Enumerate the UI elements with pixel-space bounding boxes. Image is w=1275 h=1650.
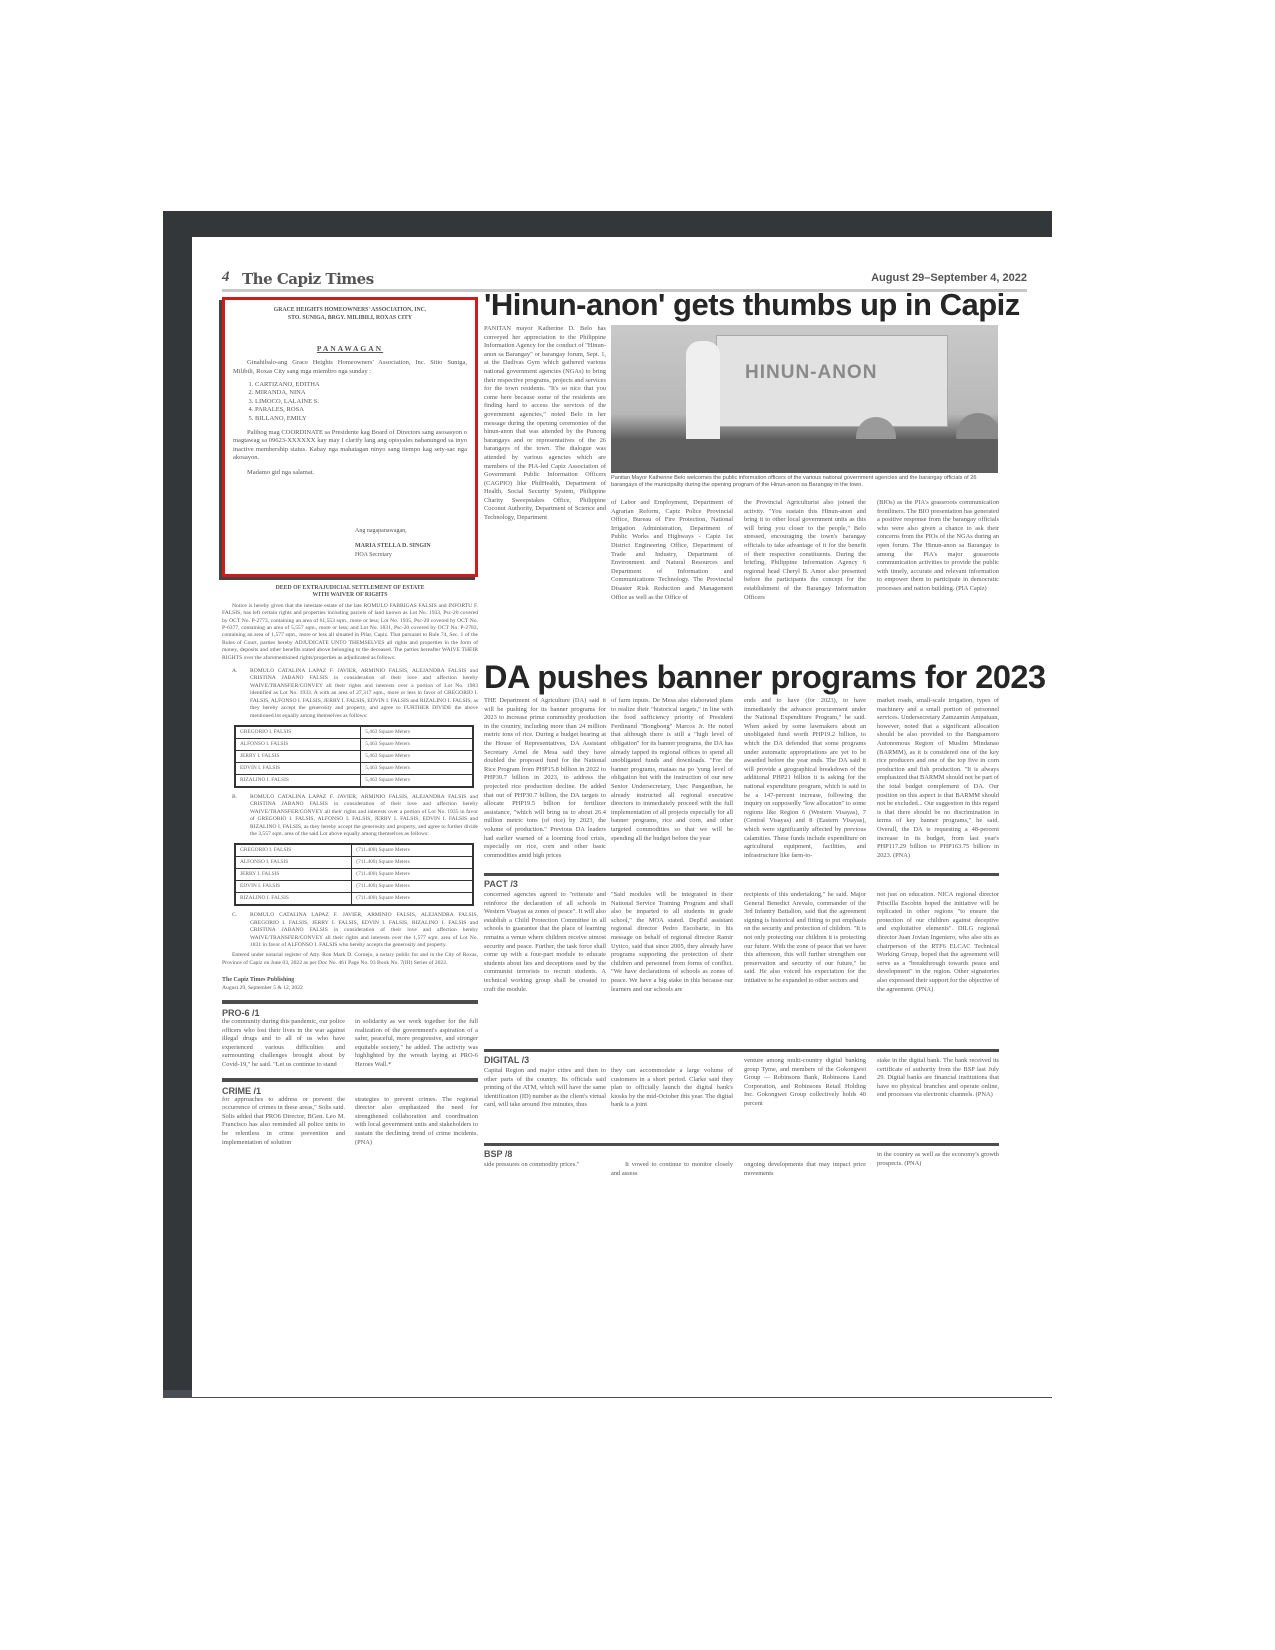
publisher-name: The Capiz Times Publishing: [222, 977, 478, 984]
story-column: ends and to have (for 2023), to have imm…: [744, 697, 866, 867]
story-column: (BIOs) as the PIA's grassroots communica…: [877, 499, 999, 627]
story-column: venture among multi-country digital bank…: [744, 1057, 866, 1139]
heir-name: RIZALINO I. FALSIS: [235, 774, 361, 787]
section-divider: [222, 1078, 478, 1082]
story-column: strategies to prevent crimes. The region…: [355, 1096, 478, 1148]
page-number: 4: [222, 269, 230, 286]
story-column: Capital Region and major cities and then…: [484, 1067, 606, 1139]
banner-text: HINUN-ANON: [745, 362, 877, 384]
story-column: not just on education. NICA regional dir…: [877, 891, 999, 1041]
story-column: the community during this pandemic, our …: [222, 1018, 345, 1070]
story-column: for approaches to address or prevent the…: [222, 1096, 345, 1148]
notice-closing: Madamo gid nga salamat.: [233, 469, 467, 477]
headline-da-banner-programs: DA pushes banner programs for 2023: [484, 659, 1046, 696]
section-divider: [484, 1143, 999, 1146]
publish-dates: August 29, September 5 & 12, 2022: [222, 985, 478, 992]
newspaper-page: 4 The Capiz Times August 29–September 4,…: [192, 237, 1052, 1397]
signatory-role: HOA Secretary: [355, 551, 431, 560]
story-column: the Provincial Agriculturist also joined…: [744, 499, 866, 627]
item-text: ROMULO CATALINA LAPAZ F. JAVIER, ARMINIO…: [250, 912, 478, 948]
story-column: PANITAN mayor Katherine D. Belo has conv…: [484, 325, 606, 575]
table-row: ALFONSO I. FALSIS(711.400) Square Meters: [235, 857, 473, 869]
share-area: (711.400) Square Meters: [352, 857, 473, 869]
heir-name: GREGORIO I. FALSIS: [235, 844, 352, 857]
shares-table-b: GREGORIO I. FALSIS(711.400) Square Meter…: [234, 843, 474, 906]
item-letter: C.: [232, 912, 237, 919]
story-column: they can accommodate a large volume of c…: [611, 1067, 733, 1139]
photo-caption: Panitan Mayor Katherine Belo welcomes th…: [611, 475, 998, 489]
story-column: of Labor and Employment, Department of A…: [611, 499, 733, 627]
table-row: EDVIN I. FALSIS(711.400) Square Meters: [235, 881, 473, 893]
jump-story-pro6: the community during this pandemic, our …: [222, 1018, 478, 1070]
heir-name: GREGORIO I. FALSIS: [235, 726, 361, 739]
jump-label-pro6: PRO-6 /1: [222, 1008, 478, 1018]
item-letter: A.: [232, 668, 237, 675]
legal-item-c: C. ROMULO CATALINA LAPAZ F. JAVIER, ARMI…: [250, 912, 478, 949]
notice-title: PANAWAGAN: [233, 345, 467, 353]
notice-org-line1: GRACE HEIGHTS HOMEOWNERS' ASSOCIATION, I…: [233, 306, 467, 314]
share-area: 5,463 Square Meters: [361, 726, 473, 739]
photo-table: [611, 439, 998, 473]
table-row: GREGORIO I. FALSIS(711.400) Square Meter…: [235, 844, 473, 857]
notice-member-list: CARTIZANO, EDITHA MIRANDA, NINA LIMOCO, …: [247, 381, 467, 423]
table-row: RIZALINO I. FALSIS(711.400) Square Meter…: [235, 893, 473, 906]
item-text: ROMULO CATALINA LAPAZ F. JAVIER, ARMINIO…: [250, 668, 478, 718]
jump-label-crime: CRIME /1: [222, 1086, 478, 1096]
member-item: MIRANDA, NINA: [255, 389, 467, 397]
item-text: ROMULO CATALINA LAPAZ F. JAVIER, ARMINIO…: [250, 794, 478, 837]
table-row: RIZALINO I. FALSIS5,463 Square Meters: [235, 774, 473, 787]
story-column: concerned agencies agreed to "reiterate …: [484, 891, 606, 1041]
member-item: CARTIZANO, EDITHA: [255, 381, 467, 389]
item-letter: B.: [232, 794, 237, 801]
signatory-name: MARIA STELLA D. SINGIN: [355, 542, 431, 551]
jump-label-bsp: BSP /8: [484, 1149, 512, 1159]
notice-org-line2: STO. SUNIGA, BRGY. MILIBILI, ROXAS CITY: [233, 314, 467, 322]
issue-date: August 29–September 4, 2022: [871, 272, 1027, 284]
story-column: "Said modules will be integrated in thei…: [611, 891, 733, 1041]
table-row: ALFONSO I. FALSIS5,463 Square Meters: [235, 738, 473, 750]
masthead-logo: The Capiz Times: [242, 270, 374, 288]
heir-name: EDVIN I. FALSIS: [235, 881, 352, 893]
legal-title-line2: WITH WAIVER OF RIGHTS: [222, 592, 478, 599]
section-divider: [484, 1049, 999, 1052]
heir-name: RIZALINO I. FALSIS: [235, 893, 352, 906]
heir-name: ALFONSO I. FALSIS: [235, 738, 361, 750]
notice-body: Palihog mag COORDINATE sa Presidente kag…: [233, 429, 467, 463]
section-divider: [222, 1000, 478, 1004]
extrajudicial-settlement-notice: DEED OF EXTRAJUDICIAL SETTLEMENT OF ESTA…: [222, 585, 478, 992]
legal-item-a: A. ROMULO CATALINA LAPAZ F. JAVIER, ARMI…: [250, 668, 478, 720]
jump-label-digital: DIGITAL /3: [484, 1055, 529, 1065]
member-item: LIMOCO, LALAINE S.: [255, 398, 467, 406]
share-area: (711.400) Square Meters: [352, 844, 473, 857]
left-column: GRACE HEIGHTS HOMEOWNERS' ASSOCIATION, I…: [222, 297, 478, 1147]
story-column: side pressures on commodity prices.": [484, 1161, 606, 1170]
heir-name: JERRY I. FALSIS: [235, 750, 361, 762]
story-column: in solidarity as we work together for th…: [355, 1018, 478, 1070]
shares-table-a: GREGORIO I. FALSIS5,463 Square Meters AL…: [234, 725, 474, 788]
story-column: It vowed to continue to monitor closely …: [611, 1161, 733, 1178]
share-area: (711.400) Square Meters: [352, 893, 473, 906]
share-area: (711.400) Square Meters: [352, 881, 473, 893]
member-item: BILLANO, EMILY: [255, 415, 467, 423]
share-area: (711.400) Square Meters: [352, 869, 473, 881]
story-column: recipients of this undertaking," he said…: [744, 891, 866, 1041]
story-column: stake in the digital bank. The bank rece…: [877, 1057, 999, 1139]
headline-hinun-anon: 'Hinun-anon' gets thumbs up in Capiz: [484, 287, 1020, 323]
section-divider: [484, 873, 999, 876]
table-row: JERRY I. FALSIS(711.400) Square Meters: [235, 869, 473, 881]
panawagan-notice: GRACE HEIGHTS HOMEOWNERS' ASSOCIATION, I…: [222, 297, 478, 577]
story-column: THE Department of Agriculture (DA) said …: [484, 697, 606, 867]
notice-signature: Ang nagapanawagan, MARIA STELLA D. SINGI…: [355, 527, 431, 560]
photo-speaker: [686, 341, 720, 451]
event-photo: HINUN-ANON: [611, 325, 998, 473]
table-row: EDVIN I. FALSIS5,463 Square Meters: [235, 762, 473, 774]
story-column: market roads, small-scale irrigation, ty…: [877, 697, 999, 867]
jump-story-crime: for approaches to address or prevent the…: [222, 1096, 478, 1148]
photo-banner: HINUN-ANON: [716, 335, 948, 427]
table-row: GREGORIO I. FALSIS5,463 Square Meters: [235, 726, 473, 739]
heir-name: ALFONSO I. FALSIS: [235, 857, 352, 869]
jump-label-pact: PACT /3: [484, 879, 518, 889]
sign-off: Ang nagapanawagan,: [355, 527, 431, 536]
share-area: 5,463 Square Meters: [361, 762, 473, 774]
legal-title-line1: DEED OF EXTRAJUDICIAL SETTLEMENT OF ESTA…: [222, 585, 478, 592]
share-area: 5,463 Square Meters: [361, 774, 473, 787]
table-row: JERRY I. FALSIS5,463 Square Meters: [235, 750, 473, 762]
heir-name: EDVIN I. FALSIS: [235, 762, 361, 774]
story-column: ongoing developments that may impact pri…: [744, 1161, 866, 1178]
legal-intro: Notice is hereby given that the intestat…: [222, 603, 478, 662]
notice-intro: Ginahibalo-ang Grace Heights Homeowners'…: [233, 359, 467, 376]
notary-text: Entered under notarial register of Atty.…: [222, 952, 478, 967]
share-area: 5,463 Square Meters: [361, 750, 473, 762]
story-column: in the country as well as the economy's …: [877, 1151, 999, 1168]
story-column: of farm inputs. De Mesa also elaborated …: [611, 697, 733, 867]
legal-item-b: B. ROMULO CATALINA LAPAZ F. JAVIER, ARMI…: [250, 794, 478, 838]
member-item: PARALES, ROSA: [255, 406, 467, 414]
share-area: 5,463 Square Meters: [361, 738, 473, 750]
heir-name: JERRY I. FALSIS: [235, 869, 352, 881]
